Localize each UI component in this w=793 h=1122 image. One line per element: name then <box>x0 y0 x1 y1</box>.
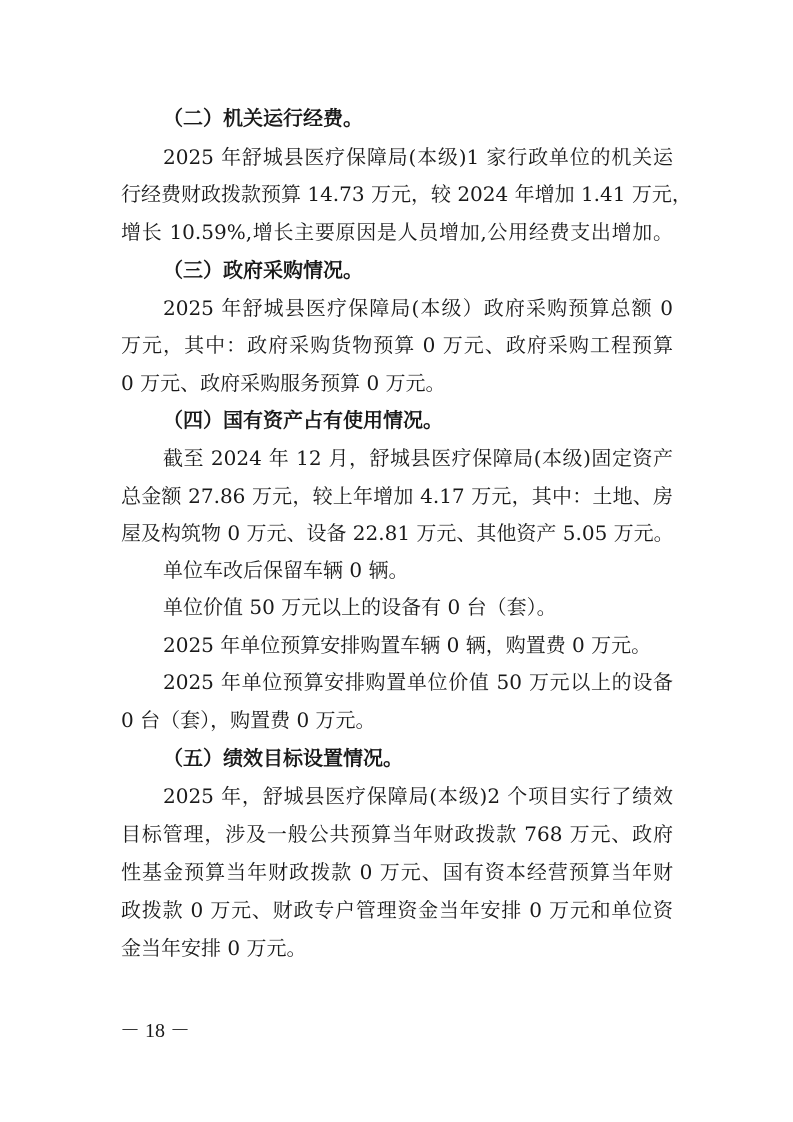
paragraph-line: 截至 2024 年 12 月，舒城县医疗保障局(本级)固定资产 <box>163 439 673 477</box>
document-page: （二）机关运行经费。 2025 年舒城县医疗保障局(本级)1 家行政单位的机关运… <box>0 0 793 1122</box>
paragraph-line: 政拨款 0 万元、财政专户管理资金当年安排 0 万元和单位资 <box>121 891 673 929</box>
paragraph-line: 增长 10.59%,增长主要原因是人员增加,公用经费支出增加。 <box>121 213 673 251</box>
paragraph-line: 单位价值 50 万元以上的设备有 0 台（套）。 <box>163 588 673 626</box>
paragraph-line: 总金额 27.86 万元，较上年增加 4.17 万元，其中：土地、房 <box>121 477 673 515</box>
paragraph-line: 万元，其中：政府采购货物预算 0 万元、政府采购工程预算 <box>121 326 673 364</box>
paragraph-line: 2025 年，舒城县医疗保障局(本级)2 个项目实行了绩效 <box>163 777 673 815</box>
paragraph-line: 2025 年单位预算安排购置车辆 0 辆，购置费 0 万元。 <box>163 626 673 664</box>
paragraph-line: 行经费财政拨款预算 14.73 万元，较 2024 年增加 1.41 万元， <box>121 175 673 213</box>
section-heading-operating-expenses: （二）机关运行经费。 <box>163 99 363 137</box>
paragraph-line: 目标管理，涉及一般公共预算当年财政拨款 768 万元、政府 <box>121 815 673 853</box>
paragraph-line: 0 万元、政府采购服务预算 0 万元。 <box>121 364 673 402</box>
paragraph-line: 金当年安排 0 万元。 <box>121 929 673 967</box>
section-heading-performance-targets: （五）绩效目标设置情况。 <box>163 739 403 777</box>
paragraph-line: 2025 年单位预算安排购置单位价值 50 万元以上的设备 <box>163 663 673 701</box>
paragraph-line: 0 台（套），购置费 0 万元。 <box>121 701 673 739</box>
paragraph-line: 性基金预算当年财政拨款 0 万元、国有资本经营预算当年财 <box>121 853 673 891</box>
section-heading-state-assets: （四）国有资产占有使用情况。 <box>163 401 443 439</box>
page-number: － 18 － <box>120 1016 190 1046</box>
paragraph-line: 单位车改后保留车辆 0 辆。 <box>163 551 673 589</box>
paragraph-line: 2025 年舒城县医疗保障局(本级）政府采购预算总额 0 <box>163 289 673 327</box>
paragraph-line: 屋及构筑物 0 万元、设备 22.81 万元、其他资产 5.05 万元。 <box>121 514 673 552</box>
section-heading-government-procurement: （三）政府采购情况。 <box>163 251 363 289</box>
paragraph-line: 2025 年舒城县医疗保障局(本级)1 家行政单位的机关运 <box>163 138 673 176</box>
